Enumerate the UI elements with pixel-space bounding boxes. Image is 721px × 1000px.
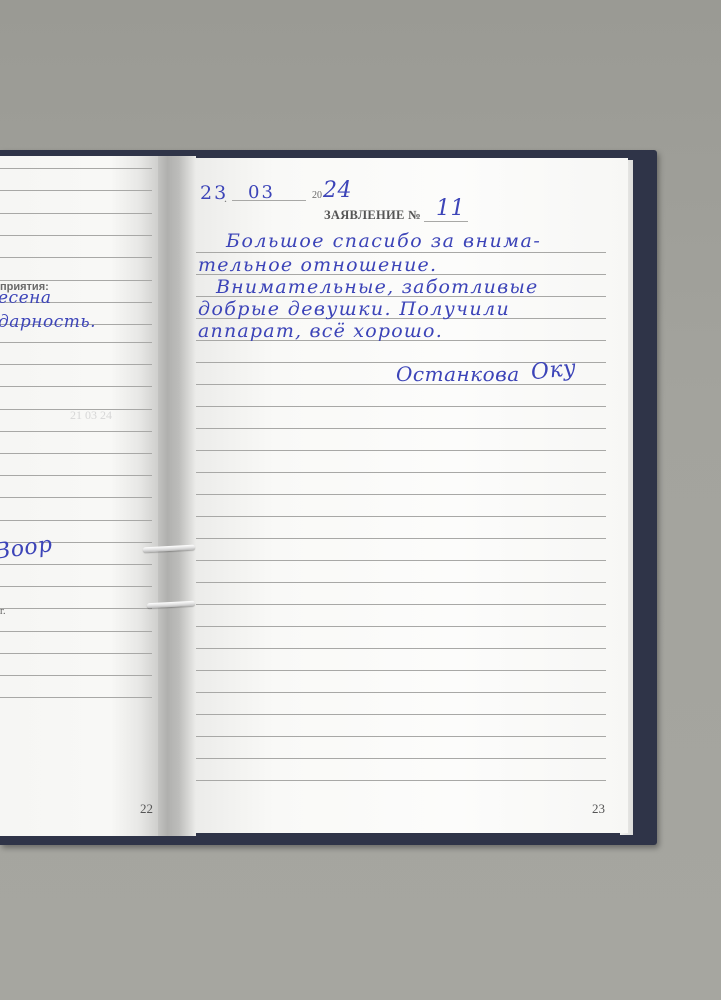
- right-page-rule: [196, 582, 606, 583]
- body-line-5: аппарат, всё хорошо.: [198, 320, 443, 342]
- right-page-rule: [196, 560, 606, 561]
- left-page-number: 22: [140, 801, 153, 817]
- left-footer-fragment: г.: [0, 606, 5, 617]
- statement-heading: ЗАЯВЛЕНИЕ №: [324, 208, 421, 223]
- left-page-rule: [0, 520, 152, 521]
- right-page-rule: [196, 780, 606, 781]
- left-page-rule: [0, 168, 152, 169]
- right-page-rule: [196, 516, 606, 517]
- right-signature: Останкова: [396, 362, 520, 386]
- body-line-4: добрые девушки. Получили: [198, 298, 510, 320]
- left-page-rule: [0, 653, 152, 654]
- left-bleed-text: 21 03 24: [70, 408, 112, 423]
- right-page-rule: [196, 692, 606, 693]
- left-page-rule: [0, 475, 152, 476]
- body-line-2: тельное отношение.: [198, 254, 437, 276]
- right-page-rule: [196, 604, 606, 605]
- date-year-suffix: 24: [323, 178, 352, 203]
- book-gutter: [158, 156, 196, 836]
- left-page-rule: [0, 697, 152, 698]
- left-page-rule: [0, 213, 152, 214]
- left-page-rule: [0, 608, 152, 609]
- right-page-rule: [196, 648, 606, 649]
- right-page-rule: [196, 670, 606, 671]
- left-page-rule: [0, 386, 152, 387]
- date-month: 03: [248, 182, 275, 203]
- right-page-rule: [196, 758, 606, 759]
- right-page: 23 . 03 20 24 ЗАЯВЛЕНИЕ № 11 Большое спа…: [196, 158, 628, 833]
- date-separator: .: [224, 191, 227, 206]
- left-page-rule: [0, 235, 152, 236]
- statement-number: 11: [436, 196, 465, 221]
- left-page-rule: [0, 431, 152, 432]
- left-page-rule: [0, 675, 152, 676]
- right-page-rule: [196, 428, 606, 429]
- right-page-rule: [196, 450, 606, 451]
- right-page-rule: [196, 626, 606, 627]
- right-page-rule: [196, 714, 606, 715]
- left-page: приятия: есена дарность. 21 03 24 Воор г…: [0, 156, 158, 836]
- right-page-rule: [196, 252, 606, 253]
- statement-number-underline: [424, 221, 468, 222]
- left-page-rule: [0, 586, 152, 587]
- right-page-rule: [196, 538, 606, 539]
- left-handwriting-line-2: дарность.: [0, 312, 96, 332]
- right-signature-flourish: Оку: [530, 356, 578, 386]
- right-page-rule: [196, 406, 606, 407]
- left-page-rule: [0, 497, 152, 498]
- right-page-rule: [196, 736, 606, 737]
- left-signature: Воор: [0, 532, 54, 565]
- left-page-rule: [0, 364, 152, 365]
- body-line-3: Внимательные, заботливые: [216, 276, 538, 298]
- left-page-rule: [0, 564, 152, 565]
- left-page-rule: [0, 257, 152, 258]
- left-handwriting-line-1: есена: [0, 288, 51, 308]
- body-line-1: Большое спасибо за внима-: [226, 230, 541, 252]
- left-page-rule: [0, 631, 152, 632]
- left-page-rule: [0, 190, 152, 191]
- right-page-rule: [196, 494, 606, 495]
- left-page-rule: [0, 453, 152, 454]
- date-year-prefix: 20: [312, 190, 322, 201]
- left-page-rule: [0, 342, 152, 343]
- right-page-number: 23: [592, 801, 605, 817]
- right-page-rule: [196, 472, 606, 473]
